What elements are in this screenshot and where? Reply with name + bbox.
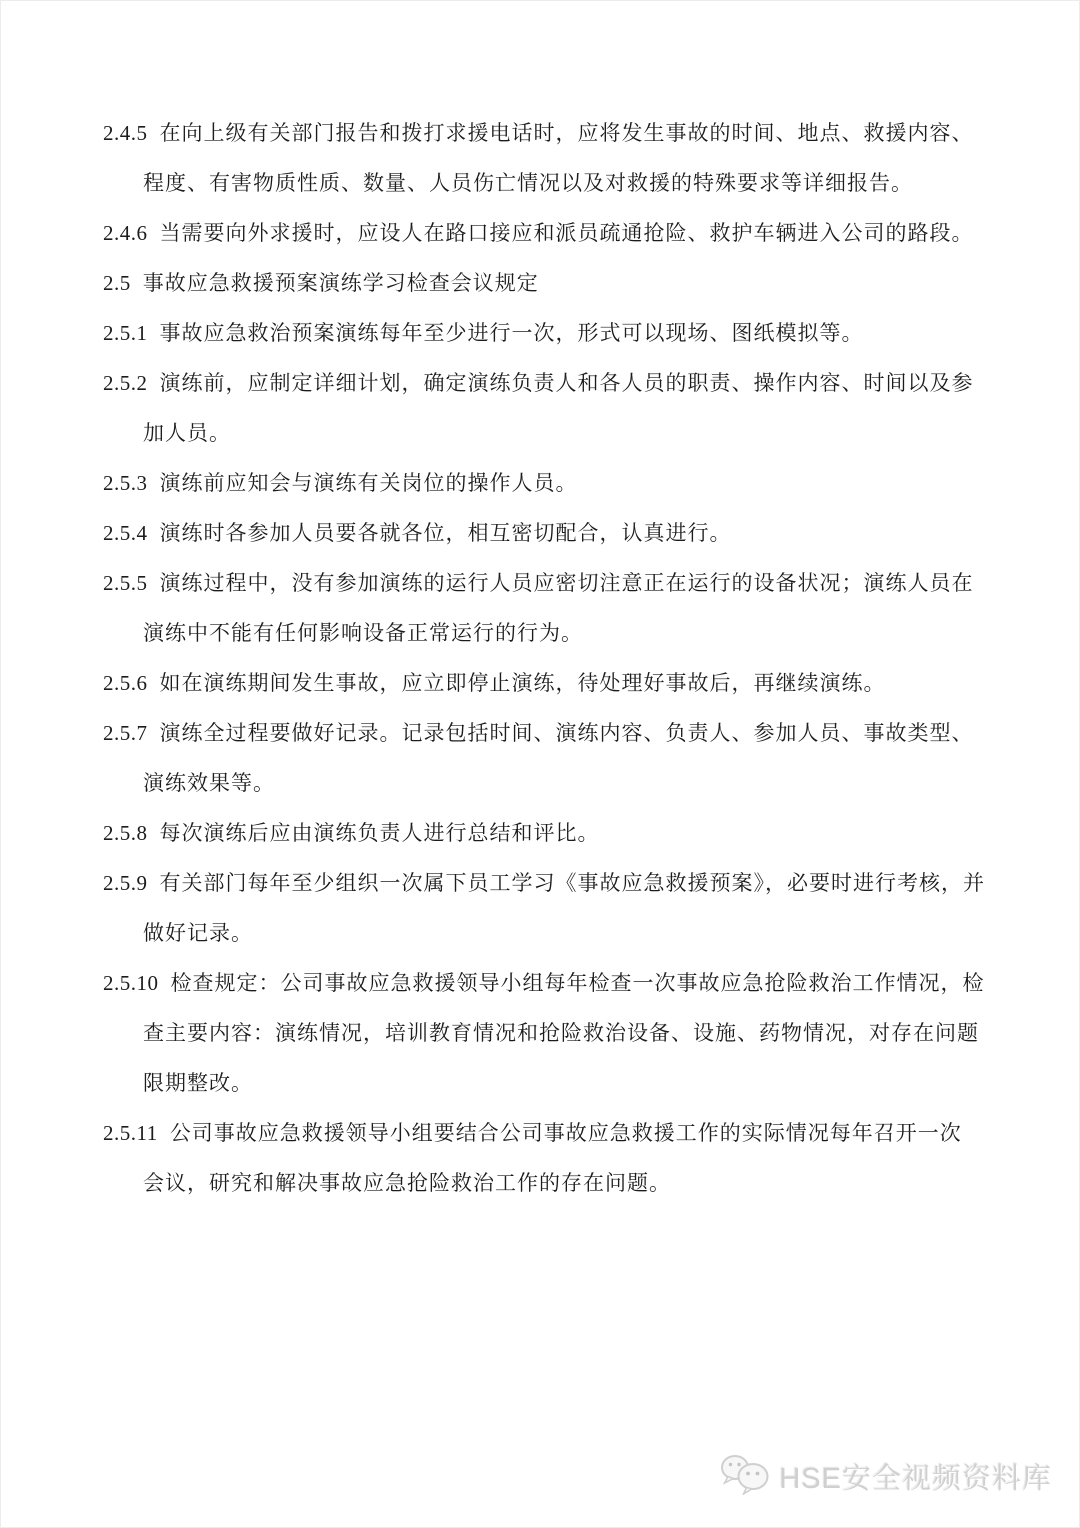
item-text: 公司事故应急救援领导小组要结合公司事故应急救援工作的实际情况每年召开一次 [170, 1121, 962, 1145]
item-line: 演练效果等。 [103, 758, 983, 808]
document-item: 2.5.10检查规定：公司事故应急救援领导小组每年检查一次事故应急抢险救治工作情… [103, 958, 983, 1108]
item-text: 事故应急救治预案演练每年至少进行一次，形式可以现场、图纸模拟等。 [160, 321, 864, 345]
document-item: 2.5.5演练过程中，没有参加演练的运行人员应密切注意正在运行的设备状况；演练人… [103, 558, 983, 658]
item-number: 2.5 [103, 271, 131, 295]
item-line: 2.5.11公司事故应急救援领导小组要结合公司事故应急救援工作的实际情况每年召开… [103, 1108, 983, 1158]
document-item: 2.5事故应急救援预案演练学习检查会议规定 [103, 258, 983, 308]
document-item: 2.5.2演练前，应制定详细计划，确定演练负责人和各人员的职责、操作内容、时间以… [103, 358, 983, 458]
item-number: 2.5.1 [103, 321, 148, 345]
item-line: 2.5.2演练前，应制定详细计划，确定演练负责人和各人员的职责、操作内容、时间以… [103, 358, 983, 408]
item-line: 2.5.6如在演练期间发生事故，应立即停止演练，待处理好事故后，再继续演练。 [103, 658, 983, 708]
item-text: 如在演练期间发生事故，应立即停止演练，待处理好事故后，再继续演练。 [160, 671, 886, 695]
item-text: 演练时各参加人员要各就各位，相互密切配合，认真进行。 [160, 521, 732, 545]
document-item: 2.5.9有关部门每年至少组织一次属下员工学习《事故应急救援预案》，必要时进行考… [103, 858, 983, 958]
item-number: 2.5.9 [103, 871, 148, 895]
document-item: 2.5.1事故应急救治预案演练每年至少进行一次，形式可以现场、图纸模拟等。 [103, 308, 983, 358]
item-number: 2.5.11 [103, 1121, 158, 1145]
item-line: 会议，研究和解决事故应急抢险救治工作的存在问题。 [103, 1158, 983, 1208]
item-text: 当需要向外求援时，应设人在路口接应和派员疏通抢险、救护车辆进入公司的路段。 [160, 221, 974, 245]
document-item: 2.5.6如在演练期间发生事故，应立即停止演练，待处理好事故后，再继续演练。 [103, 658, 983, 708]
document-item: 2.4.6当需要向外求援时，应设人在路口接应和派员疏通抢险、救护车辆进入公司的路… [103, 208, 983, 258]
document-item: 2.5.11公司事故应急救援领导小组要结合公司事故应急救援工作的实际情况每年召开… [103, 1108, 983, 1208]
item-line: 2.4.5在向上级有关部门报告和拨打求援电话时，应将发生事故的时间、地点、救援内… [103, 108, 983, 158]
item-number: 2.5.4 [103, 521, 148, 545]
item-text: 在向上级有关部门报告和拨打求援电话时，应将发生事故的时间、地点、救援内容、 [160, 121, 974, 145]
item-line: 限期整改。 [103, 1058, 983, 1108]
item-line: 2.5.1事故应急救治预案演练每年至少进行一次，形式可以现场、图纸模拟等。 [103, 308, 983, 358]
document-item: 2.5.7演练全过程要做好记录。记录包括时间、演练内容、负责人、参加人员、事故类… [103, 708, 983, 808]
item-text: 事故应急救援预案演练学习检查会议规定 [143, 271, 539, 295]
watermark-label: HSE安全视频资料库 [779, 1456, 1052, 1497]
document-item: 2.5.3演练前应知会与演练有关岗位的操作人员。 [103, 458, 983, 508]
item-number: 2.5.7 [103, 721, 148, 745]
item-number: 2.5.3 [103, 471, 148, 495]
item-line: 2.5.4演练时各参加人员要各就各位，相互密切配合，认真进行。 [103, 508, 983, 558]
item-line: 2.5.10检查规定：公司事故应急救援领导小组每年检查一次事故应急抢险救治工作情… [103, 958, 983, 1008]
item-line: 演练中不能有任何影响设备正常运行的行为。 [103, 608, 983, 658]
item-line: 2.5.5演练过程中，没有参加演练的运行人员应密切注意正在运行的设备状况；演练人… [103, 558, 983, 608]
item-line: 2.5.9有关部门每年至少组织一次属下员工学习《事故应急救援预案》，必要时进行考… [103, 858, 983, 908]
item-number: 2.5.6 [103, 671, 148, 695]
item-line: 2.5.8每次演练后应由演练负责人进行总结和评比。 [103, 808, 983, 858]
item-line: 程度、有害物质性质、数量、人员伤亡情况以及对救援的特殊要求等详细报告。 [103, 158, 983, 208]
item-text: 演练全过程要做好记录。记录包括时间、演练内容、负责人、参加人员、事故类型、 [160, 721, 974, 745]
item-text: 演练前应知会与演练有关岗位的操作人员。 [160, 471, 578, 495]
item-text: 演练前，应制定详细计划，确定演练负责人和各人员的职责、操作内容、时间以及参 [160, 371, 974, 395]
item-line: 2.5.3演练前应知会与演练有关岗位的操作人员。 [103, 458, 983, 508]
item-text: 有关部门每年至少组织一次属下员工学习《事故应急救援预案》，必要时进行考核，并 [160, 871, 986, 895]
item-number: 2.4.5 [103, 121, 148, 145]
item-line: 做好记录。 [103, 908, 983, 958]
item-number: 2.5.10 [103, 971, 159, 995]
item-number: 2.4.6 [103, 221, 148, 245]
document-body: 2.4.5在向上级有关部门报告和拨打求援电话时，应将发生事故的时间、地点、救援内… [103, 108, 983, 1208]
item-number: 2.5.8 [103, 821, 148, 845]
wechat-logo-icon [719, 1453, 771, 1500]
item-line: 加人员。 [103, 408, 983, 458]
item-line: 2.4.6当需要向外求援时，应设人在路口接应和派员疏通抢险、救护车辆进入公司的路… [103, 208, 983, 258]
document-item: 2.5.4演练时各参加人员要各就各位，相互密切配合，认真进行。 [103, 508, 983, 558]
item-text: 演练过程中，没有参加演练的运行人员应密切注意正在运行的设备状况；演练人员在 [160, 571, 974, 595]
item-line: 查主要内容：演练情况，培训教育情况和抢险救治设备、设施、药物情况，对存在问题 [103, 1008, 983, 1058]
watermark: HSE安全视频资料库 [719, 1453, 1052, 1500]
section-heading: 2.5事故应急救援预案演练学习检查会议规定 [103, 258, 983, 308]
item-number: 2.5.2 [103, 371, 148, 395]
item-number: 2.5.5 [103, 571, 148, 595]
item-line: 2.5.7演练全过程要做好记录。记录包括时间、演练内容、负责人、参加人员、事故类… [103, 708, 983, 758]
document-item: 2.5.8每次演练后应由演练负责人进行总结和评比。 [103, 808, 983, 858]
document-item: 2.4.5在向上级有关部门报告和拨打求援电话时，应将发生事故的时间、地点、救援内… [103, 108, 983, 208]
item-text: 检查规定：公司事故应急救援领导小组每年检查一次事故应急抢险救治工作情况，检 [171, 971, 985, 995]
item-text: 每次演练后应由演练负责人进行总结和评比。 [160, 821, 600, 845]
